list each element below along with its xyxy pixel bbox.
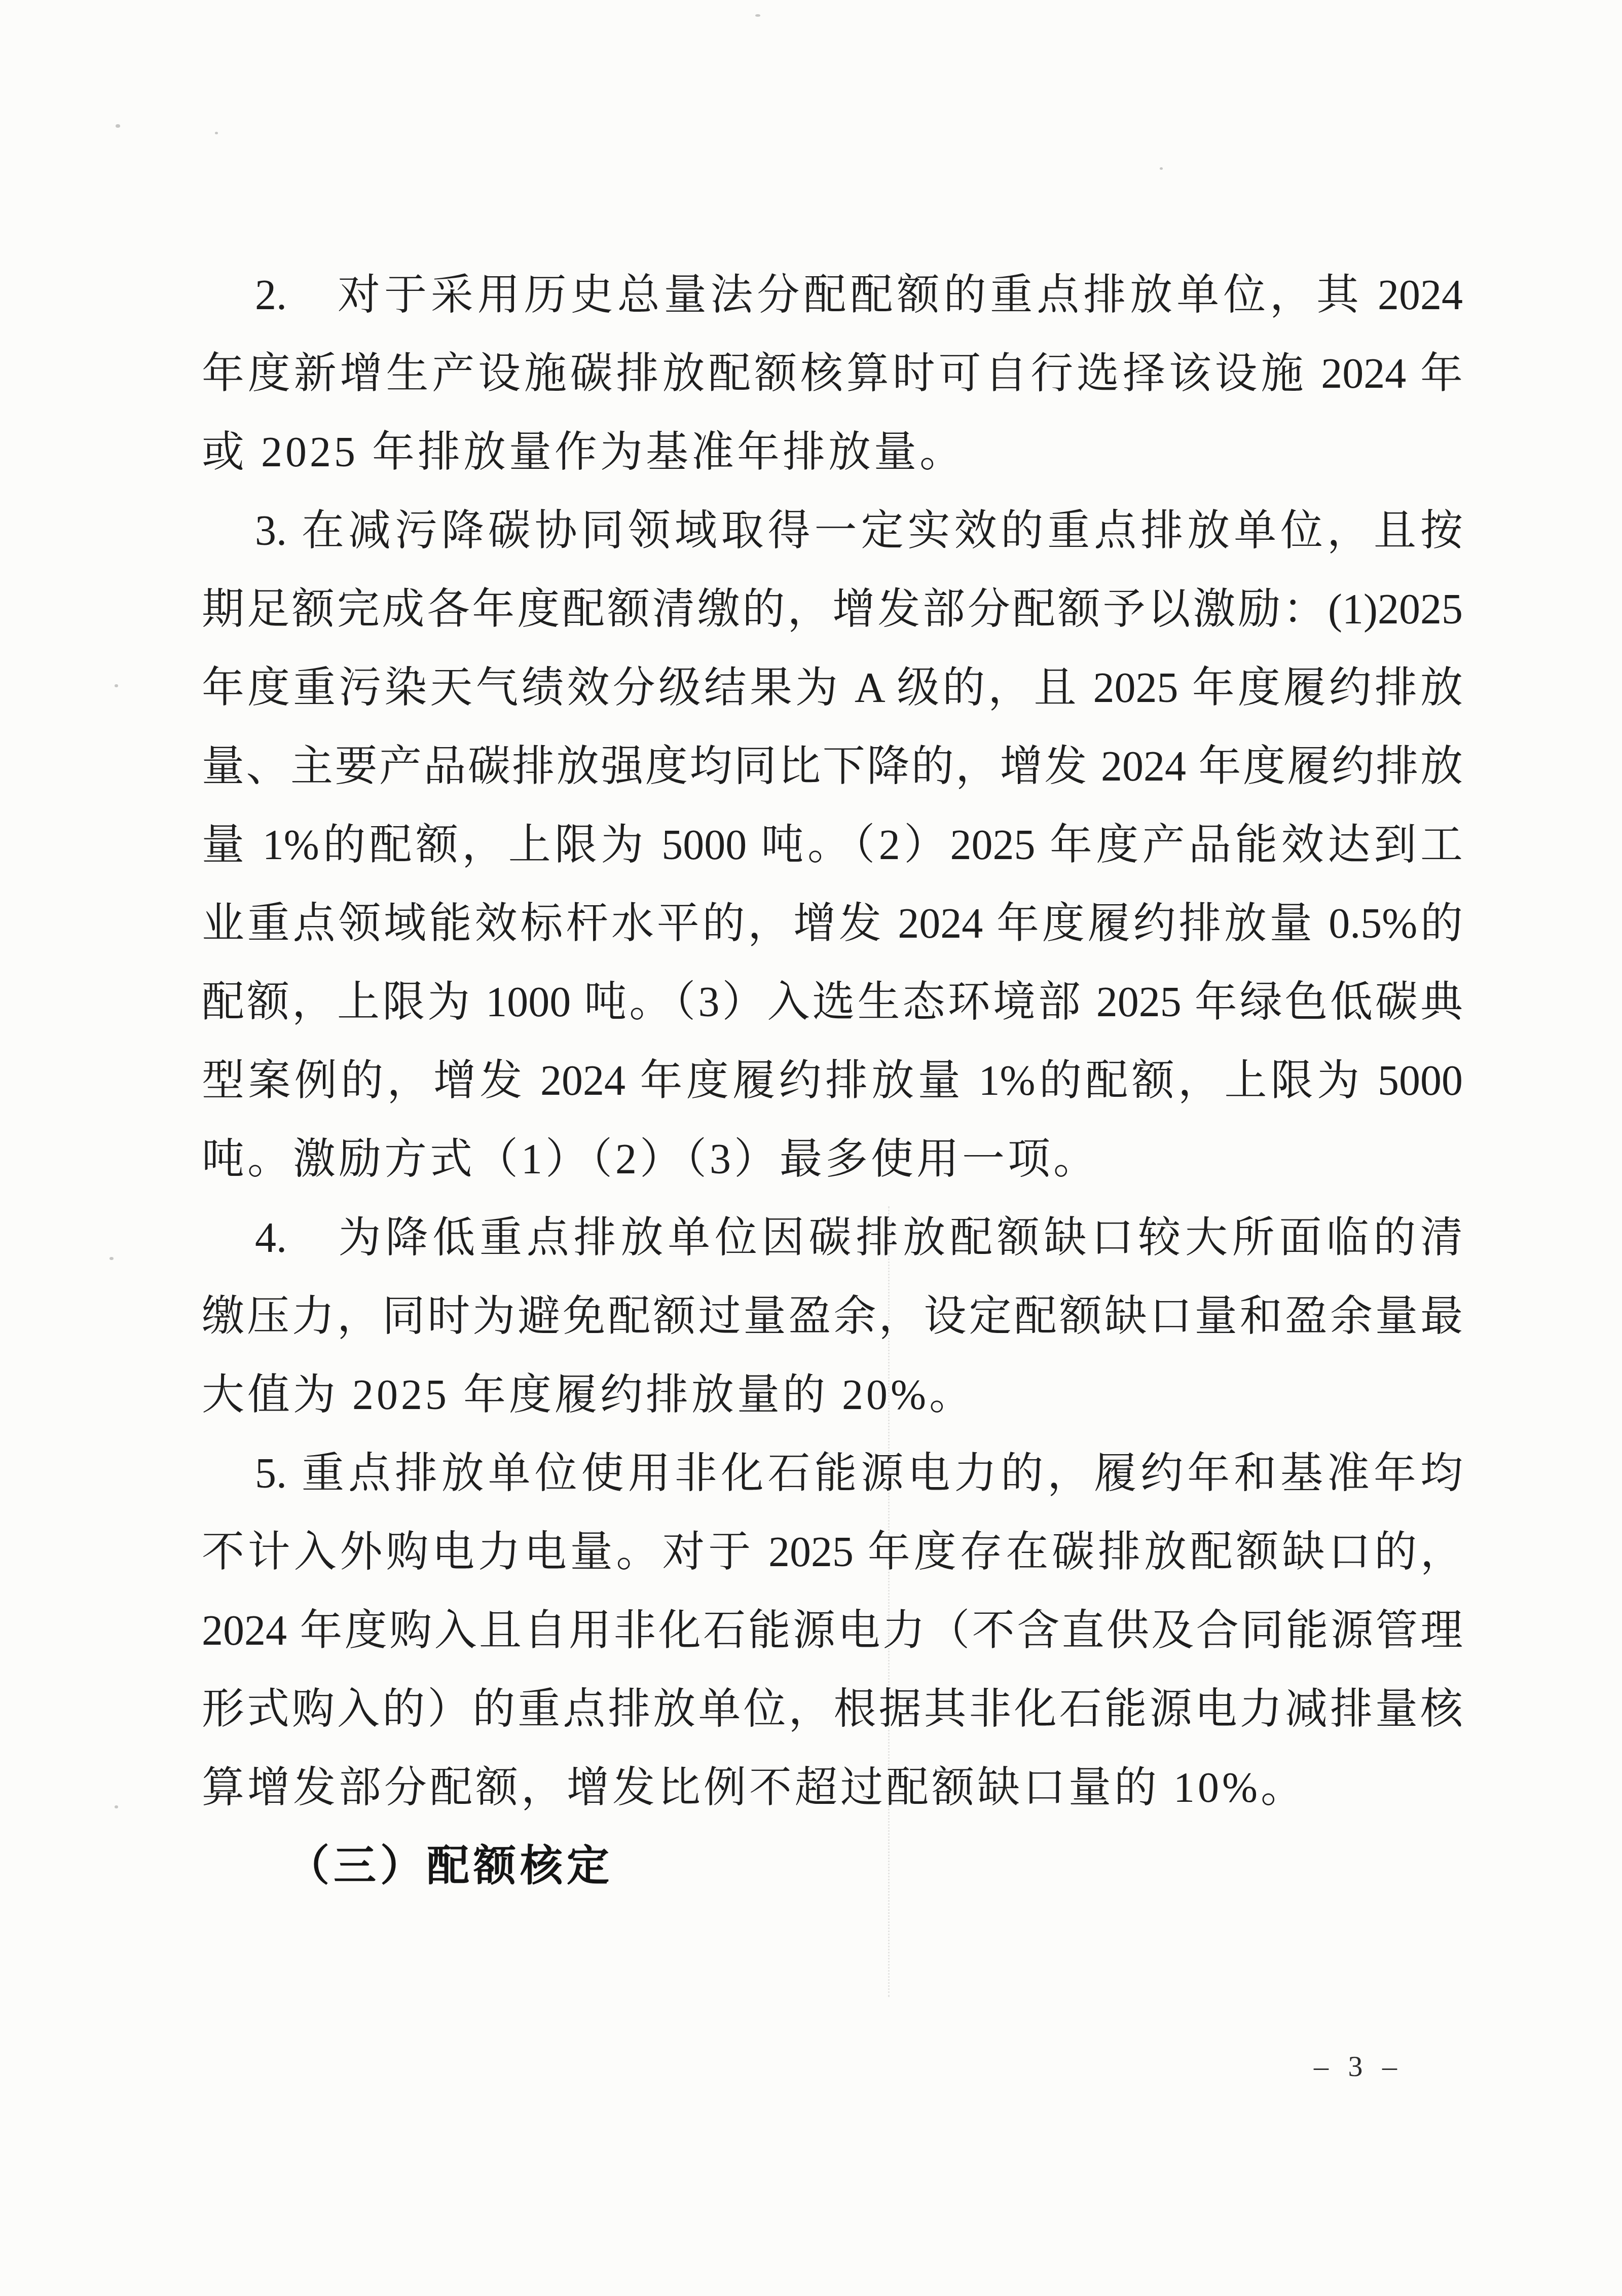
scan-speck <box>115 684 118 687</box>
scanned-document-page: 2. 对于采用历史总量法分配配额的重点排放单位，其 2024 年度新增生产设施碳… <box>0 0 1622 2296</box>
body-line: 4. 为降低重点排放单位因碳排放配额缺口较大所面临的清 <box>202 1199 1463 1277</box>
body-line: 不计入外购电力电量。对于 2025 年度存在碳排放配额缺口的， <box>202 1513 1463 1591</box>
body-line: 5. 重点排放单位使用非化石能源电力的，履约年和基准年均 <box>202 1434 1463 1513</box>
scan-speck <box>116 124 120 128</box>
body-line: 或 2025 年排放量作为基准年排放量。 <box>202 413 1463 492</box>
body-line: 期足额完成各年度配额清缴的，增发部分配额予以激励：(1)2025 <box>202 570 1463 649</box>
body-line: 形式购入的）的重点排放单位，根据其非化石能源电力减排量核 <box>202 1670 1463 1749</box>
body-line: 缴压力，同时为避免配额过量盈余，设定配额缺口量和盈余量最 <box>202 1277 1463 1356</box>
body-line: 算增发部分配额，增发比例不超过配额缺口量的 10%。 <box>202 1749 1463 1827</box>
body-line: 业重点领域能效标杆水平的，增发 2024 年度履约排放量 0.5%的 <box>202 884 1463 963</box>
body-line: 年度新增生产设施碳排放配额核算时可自行选择该设施 2024 年 <box>202 335 1463 413</box>
body-line: 配额，上限为 1000 吨。（3）入选生态环境部 2025 年绿色低碳典 <box>202 963 1463 1042</box>
body-line: 量、主要产品碳排放强度均同比下降的，增发 2024 年度履约排放 <box>202 727 1463 806</box>
scan-fold-line <box>888 1206 890 1997</box>
scan-speck <box>1160 167 1163 170</box>
body-line: 3. 在减污降碳协同领域取得一定实效的重点排放单位，且按 <box>202 492 1463 570</box>
body-line: 型案例的，增发 2024 年度履约排放量 1%的配额，上限为 5000 <box>202 1042 1463 1120</box>
body-line: 量 1%的配额，上限为 5000 吨。（2）2025 年度产品能效达到工 <box>202 806 1463 884</box>
body-line: 大值为 2025 年度履约排放量的 20%。 <box>202 1356 1463 1434</box>
scan-speck <box>115 1805 118 1808</box>
body-line: 2. 对于采用历史总量法分配配额的重点排放单位，其 2024 <box>202 256 1463 335</box>
body-line: 2024 年度购入且自用非化石能源电力（不含直供及合同能源管理 <box>202 1591 1463 1670</box>
section-heading-quota-verification: （三）配额核定 <box>202 1827 1463 1906</box>
body-line: 吨。激励方式（1）（2）（3）最多使用一项。 <box>202 1120 1463 1199</box>
scan-speck <box>109 1257 114 1260</box>
document-body: 2. 对于采用历史总量法分配配额的重点排放单位，其 2024 年度新增生产设施碳… <box>202 256 1463 1906</box>
body-line: 年度重污染天气绩效分级结果为 A 级的，且 2025 年度履约排放 <box>202 649 1463 727</box>
scan-speck <box>215 132 218 134</box>
page-number: – 3 – <box>1242 2044 1475 2089</box>
scan-speck <box>755 14 760 17</box>
